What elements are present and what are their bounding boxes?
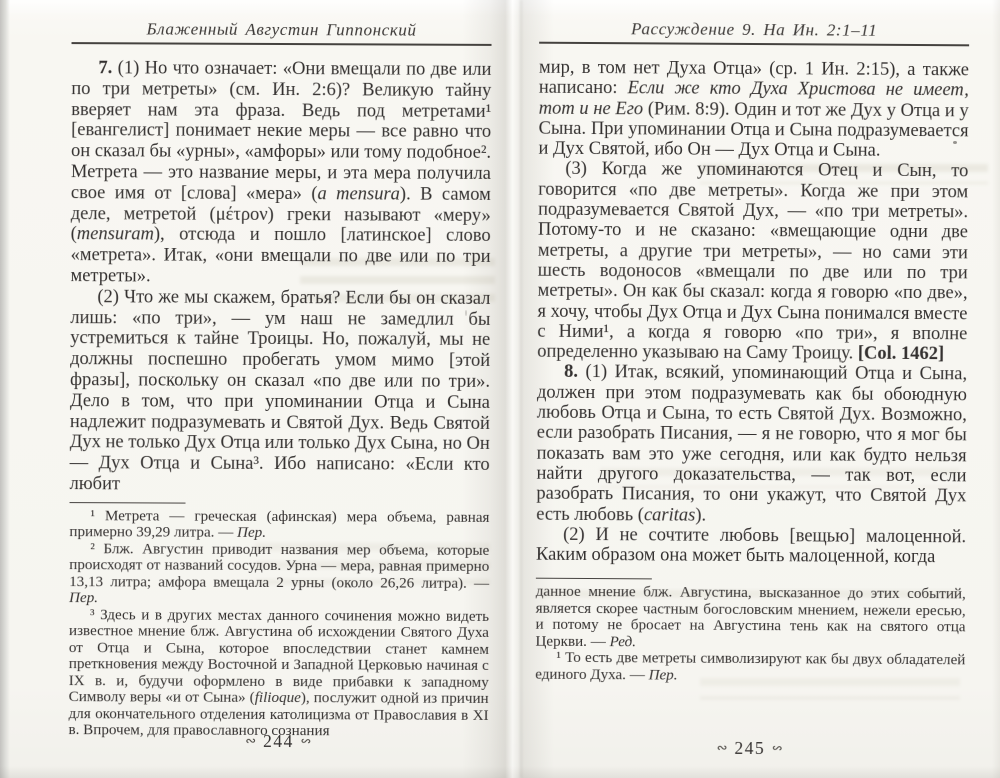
text-run: (1) Итак, всякий, упоминающий Отца и Сын… xyxy=(536,362,967,524)
text-run: ¹ То есть две метреты символизируют как … xyxy=(535,650,965,683)
text-run: (2) И не сочтите любовь [вещью] малоценн… xyxy=(536,525,966,568)
text-run: 8. xyxy=(564,362,586,382)
paragraph-continuation: мир, в том нет Духа Отца» (ср. 1 Ин. 2:1… xyxy=(538,58,969,162)
body-text-right: мир, в том нет Духа Отца» (ср. 1 Ин. 2:1… xyxy=(536,58,969,568)
footnote-rule xyxy=(536,578,652,580)
text-run: ). xyxy=(695,505,706,525)
text-run: [Col. 1462] xyxy=(858,344,944,365)
footnote-2: ² Блж. Августин приводит названия мер об… xyxy=(69,541,489,609)
text-run: (3) Когда же упоминаются Отец и Сын, то … xyxy=(537,159,968,363)
footnote-1: ¹ То есть две метреты символизируют как … xyxy=(535,650,965,686)
running-head-left: Блаженный Августин Гиппонский xyxy=(72,19,492,44)
footer-ornament-icon: ∾ xyxy=(709,741,734,756)
footnotes-left: ¹ Метрета — греческая (афинская) мера об… xyxy=(68,508,489,741)
footnote-1: ¹ Метрета — греческая (афинская) мера об… xyxy=(69,508,489,543)
text-run: Пер. xyxy=(69,590,98,606)
footer-ornament-icon: ∾ xyxy=(294,734,319,749)
page-footer-right: ∾245∾ xyxy=(535,737,965,761)
paragraph-7-1: 7. (1) Но что означает: «Они вмещали по … xyxy=(70,58,491,289)
body-text-left: 7. (1) Но что означает: «Они вмещали по … xyxy=(70,58,492,497)
footnotes-right: данное мнение блж. Августина, высказанно… xyxy=(535,584,966,686)
text-run: данное мнение блж. Августина, высказанно… xyxy=(535,584,965,650)
book-scan: Блаженный Августин Гиппонский 7. (1) Но … xyxy=(0,0,1000,778)
text-run: caritas xyxy=(644,505,696,525)
scan-right-edge xyxy=(992,0,1000,778)
paragraph-8-1: 8. (1) Итак, всякий, упоминающий Отца и … xyxy=(536,362,967,527)
page-number: 244 xyxy=(263,731,294,751)
text-run: ² Блж. Августин приводит названия мер об… xyxy=(69,541,489,592)
running-head-right: Рассуждение 9. На Ин. 2:1–11 xyxy=(539,19,969,45)
text-run: Ред. xyxy=(610,634,637,650)
page-footer-left: ∾244∾ xyxy=(68,730,488,753)
text-run: ¹ Метрета — греческая (афинская) мера об… xyxy=(69,508,489,541)
text-run: Пер. xyxy=(649,667,678,683)
text-run: (1) Но что означает: «Они вмещали по две… xyxy=(71,58,492,204)
paragraph-8-2: (2) И не сочтите любовь [вещью] малоценн… xyxy=(536,525,966,568)
footer-ornament-icon: ∾ xyxy=(765,741,790,756)
paragraph-7-2: (2) Что же мы скажем, братья? Если бы он… xyxy=(70,287,491,497)
text-run: (2) Что же мы скажем, братья? Если бы он… xyxy=(70,287,491,494)
page-right: Рассуждение 9. На Ин. 2:1–11 мир, в том … xyxy=(535,19,970,766)
footer-ornament-icon: ∾ xyxy=(238,734,263,749)
text-run: mensuram xyxy=(77,224,154,244)
text-run: Пер. xyxy=(237,525,266,541)
book-gutter-crease xyxy=(520,0,522,778)
footnote-continuation: данное мнение блж. Августина, высказанно… xyxy=(535,584,965,653)
footnote-3: ³ Здесь и в других местах данного сочине… xyxy=(68,607,489,741)
page-number: 245 xyxy=(734,738,765,758)
text-run: a mensura xyxy=(317,184,399,204)
paragraph-7-3: (3) Когда же упоминаются Отец и Сын, то … xyxy=(537,159,968,365)
page-left: Блаженный Августин Гиппонский 7. (1) Но … xyxy=(68,19,491,765)
footnote-rule xyxy=(70,502,186,504)
running-head-rule xyxy=(72,42,492,46)
text-run: 7. xyxy=(98,58,117,78)
scan-left-edge xyxy=(0,0,10,778)
text-run: filioque xyxy=(255,690,301,706)
